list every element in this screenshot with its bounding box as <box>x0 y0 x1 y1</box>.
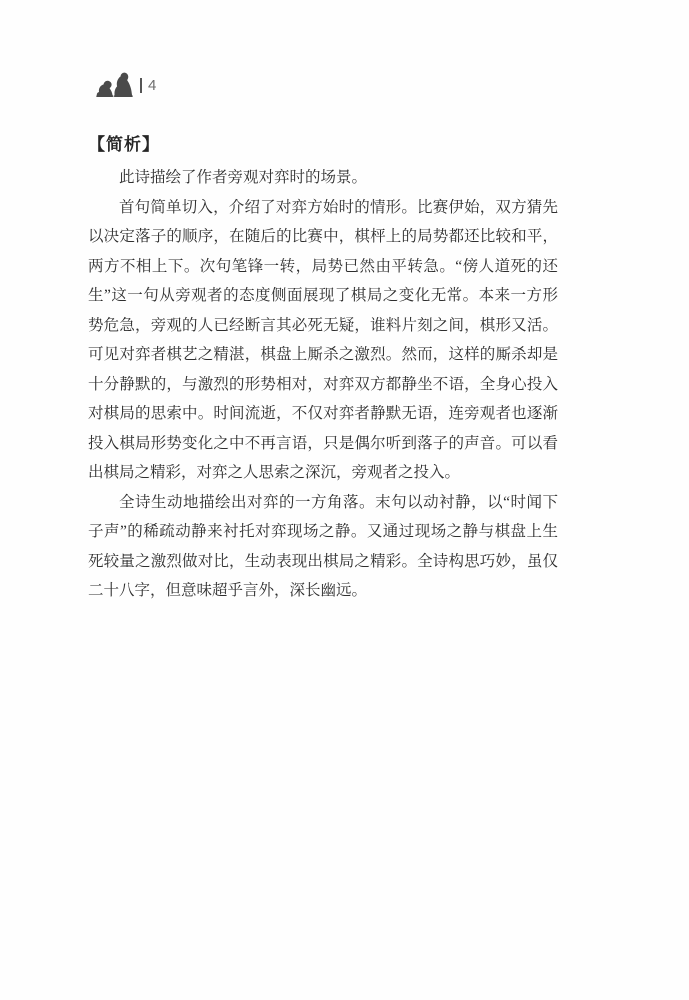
page-number: 4 <box>148 78 156 93</box>
go-players-logo-icon <box>94 71 138 99</box>
paragraph-2: 首句简单切入，介绍了对弈方始时的情形。比赛伊始，双方猜先以决定落子的顺序，在随后… <box>88 193 558 488</box>
section-title: 【简析】 <box>88 130 558 155</box>
page-number-divider <box>140 78 142 93</box>
paragraph-3: 全诗生动地描绘出对弈的一方角落。末句以动衬静，以“时闻下子声”的稀疏动静来衬托对… <box>88 488 558 606</box>
book-page: 4 【简析】 此诗描绘了作者旁观对弈时的场景。 首句简单切入，介绍了对弈方始时的… <box>0 0 689 1000</box>
article-body: 【简析】 此诗描绘了作者旁观对弈时的场景。 首句简单切入，介绍了对弈方始时的情形… <box>88 130 558 606</box>
paragraph-1: 此诗描绘了作者旁观对弈时的场景。 <box>88 163 558 193</box>
page-header: 4 <box>94 71 156 99</box>
